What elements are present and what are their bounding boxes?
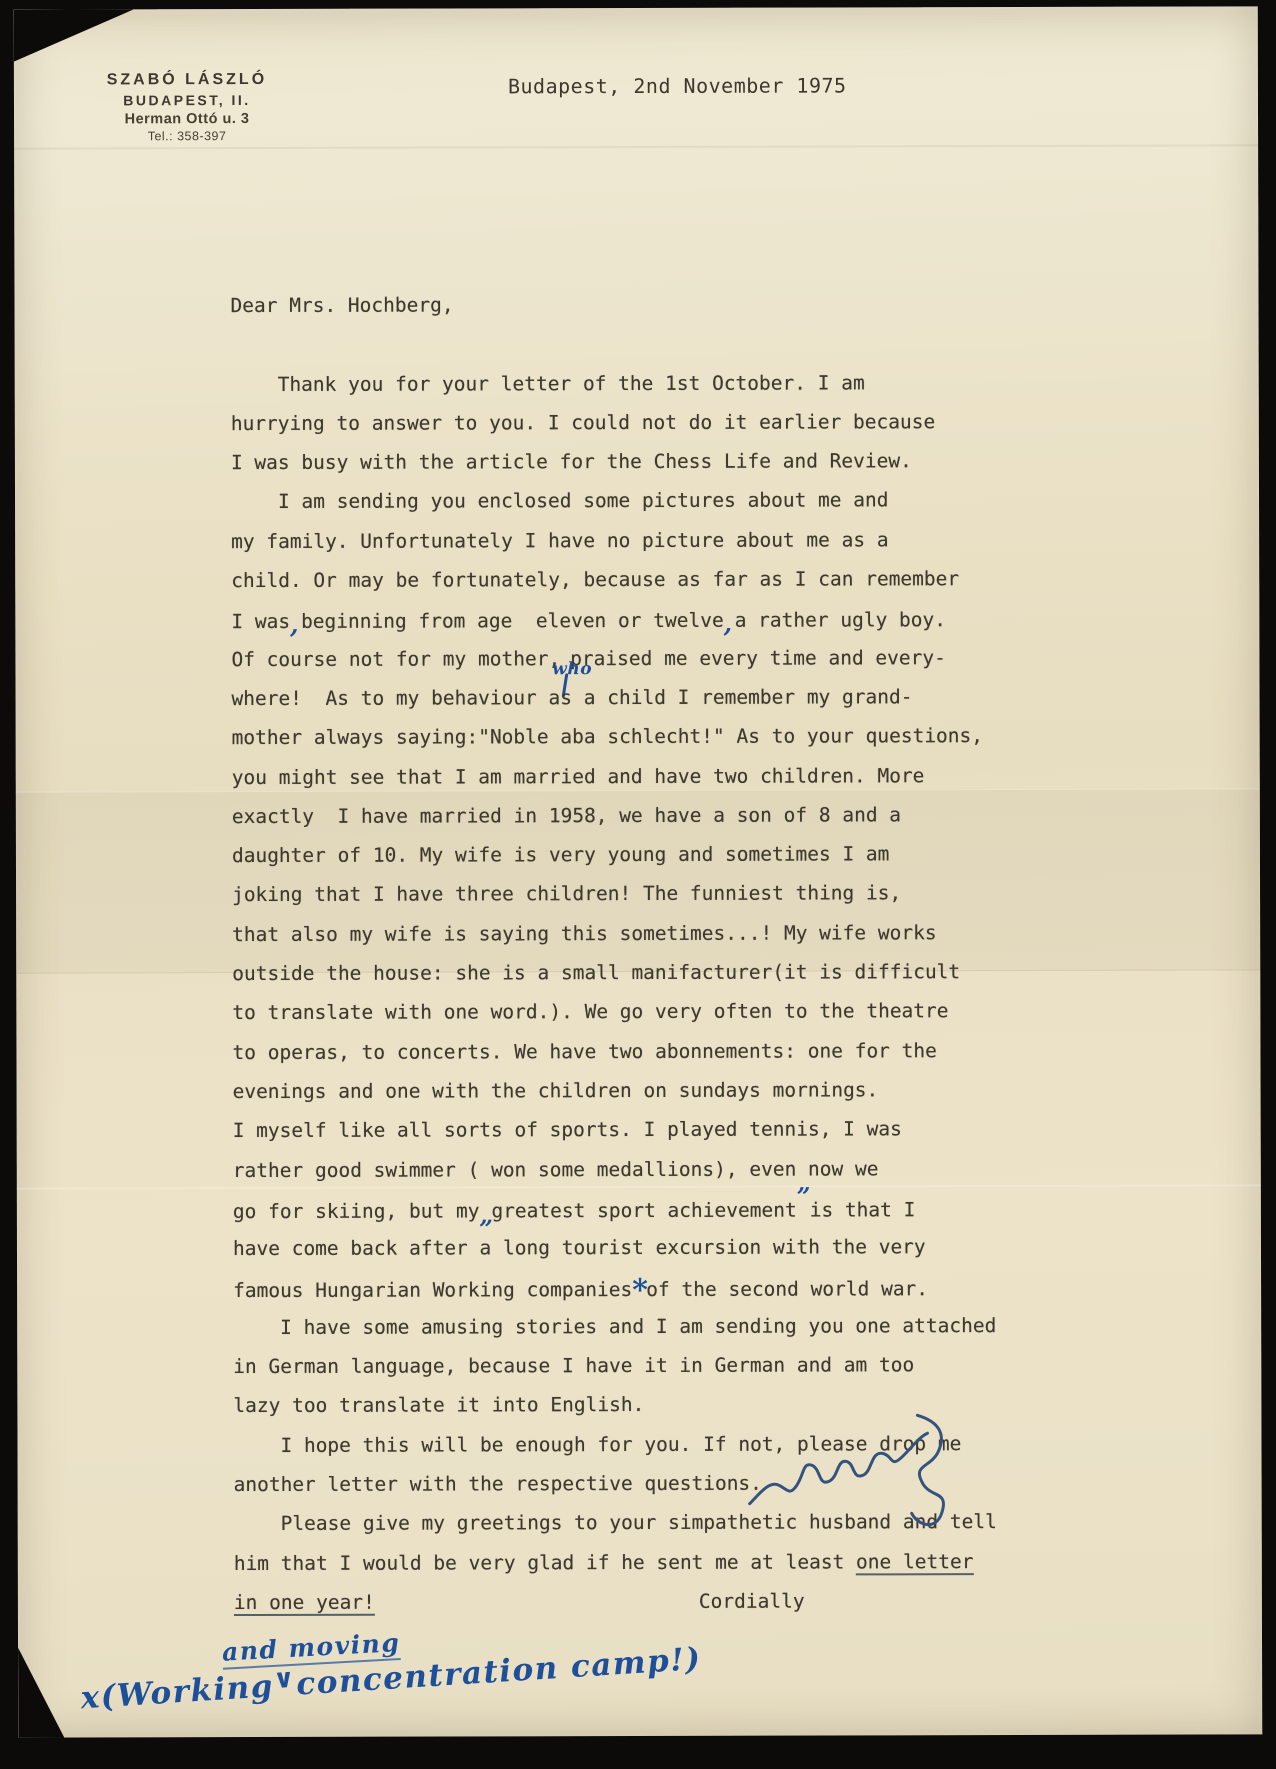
- body-line-with-ink-insertion: Of course not for my mother,whopraised m…: [231, 638, 1031, 679]
- body-line-with-ink-asterisk: famous Hungarian Working companies*of th…: [233, 1266, 1033, 1307]
- letterhead-street: Herman Ottó u. 3: [72, 111, 302, 128]
- body-segment: go for skiing, but my: [233, 1199, 480, 1223]
- body-segment: praised me every time and every-: [570, 646, 946, 670]
- body-segment: beginning from age eleven or twelve: [301, 609, 724, 633]
- underlined-one-letter: one letter: [856, 1550, 973, 1575]
- ink-high-quote-annotation: ”: [797, 1176, 810, 1215]
- body-segment: Of course not for my mother,: [231, 647, 560, 671]
- body-segment: is that I: [810, 1198, 916, 1221]
- footnote-caret-icon: ∨: [272, 1664, 296, 1695]
- body-line: rather good swimmer ( won some medallion…: [233, 1148, 1033, 1189]
- closing-cordially: Cordially: [699, 1581, 805, 1621]
- body-line: child. Or may be fortunately, because as…: [231, 559, 1031, 600]
- letter-paper: SZABÓ LÁSZLÓ BUDAPEST, II. Herman Ottó u…: [14, 6, 1263, 1737]
- salutation: Dear Mrs. Hochberg,: [230, 284, 1030, 325]
- body-line: Thank you for your letter of the 1st Oct…: [231, 363, 1031, 404]
- body-segment: of the second world war.: [646, 1278, 928, 1302]
- body-line: mother always saying:"Noble aba schlecht…: [232, 716, 1032, 757]
- scanned-letter-background: SZABÓ LÁSZLÓ BUDAPEST, II. Herman Ottó u…: [0, 0, 1276, 1769]
- date-line: Budapest, 2nd November 1975: [508, 73, 847, 98]
- body-line-with-ink-quotes: go for skiing, but my„greatest sport ach…: [233, 1188, 1033, 1229]
- body-line: where! As to my behaviour as a child I r…: [231, 677, 1031, 718]
- body-line: I myself like all sorts of sports. I pla…: [233, 1109, 1033, 1150]
- body-line: evenings and one with the children on su…: [233, 1070, 1033, 1111]
- body-line: hurrying to answer to you. I could not d…: [231, 402, 1031, 443]
- body-line: in German language, because I have it in…: [233, 1345, 1033, 1386]
- body-segment: greatest sport achievement: [491, 1198, 796, 1222]
- body-line: to operas, to concerts. We have two abon…: [232, 1031, 1032, 1072]
- footnote-pre: x(Working: [80, 1668, 275, 1716]
- scan-edge-artifact: [14, 9, 134, 61]
- body-line: that also my wife is saying this sometim…: [232, 913, 1032, 954]
- blank-line: [231, 323, 1031, 364]
- body-segment: a rather ugly boy.: [735, 609, 946, 633]
- scan-edge-artifact: [18, 1648, 64, 1738]
- body-line: to translate with one word.). We go very…: [232, 991, 1032, 1032]
- closing-row: in one year!Cordially: [234, 1581, 1034, 1622]
- letterhead-phone: Tel.: 358-397: [72, 129, 302, 144]
- body-segment: I was: [231, 610, 290, 633]
- underlined-in-one-year: in one year!: [234, 1590, 375, 1615]
- body-line: have come back after a long tourist excu…: [233, 1227, 1033, 1268]
- letterhead-name: SZABÓ LÁSZLÓ: [72, 71, 302, 90]
- paper-crease: [14, 144, 1258, 149]
- body-line: I have some amusing stories and I am sen…: [233, 1306, 1033, 1347]
- letterhead-city: BUDAPEST, II.: [72, 92, 302, 109]
- letterhead: SZABÓ LÁSZLÓ BUDAPEST, II. Herman Ottó u…: [72, 71, 302, 144]
- body-line: I was busy with the article for the Ches…: [231, 441, 1031, 482]
- body-line: exactly I have married in 1958, we have …: [232, 795, 1032, 836]
- body-line: I am sending you enclosed some pictures …: [231, 480, 1031, 521]
- handwritten-signature: [741, 1403, 991, 1554]
- ink-footnote-marker: *: [632, 1271, 646, 1310]
- body-segment: famous Hungarian Working companies: [233, 1278, 632, 1302]
- body-line: daughter of 10. My wife is very young an…: [232, 834, 1032, 875]
- body-line: you might see that I am married and have…: [232, 756, 1032, 797]
- body-line-with-ink-commas: I was,beginning from age eleven or twelv…: [231, 598, 1031, 639]
- body-line: joking that I have three children! The f…: [232, 873, 1032, 914]
- body-line: my family. Unfortunately I have no pictu…: [231, 520, 1031, 561]
- body-line: outside the house: she is a small manifa…: [232, 952, 1032, 993]
